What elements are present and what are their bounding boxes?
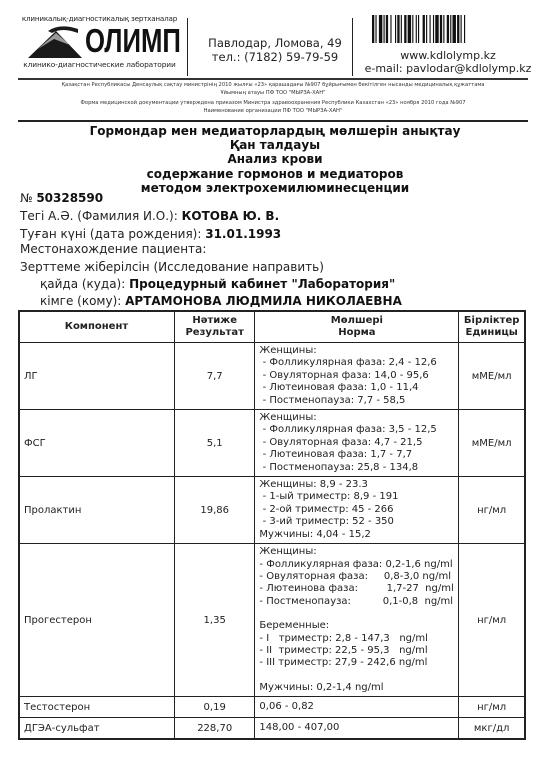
referral-heading: Зерттеме жіберілсін (Исследование направ… bbox=[20, 260, 324, 274]
cell-component: ДГЭА-сульфат bbox=[19, 718, 174, 740]
lab-address-block: Павлодар, Ломова, 49 тел.: (7182) 59-79-… bbox=[200, 36, 350, 64]
cell-units: мМЕ/мл bbox=[459, 343, 525, 410]
cell-units: нг/мл bbox=[459, 697, 525, 718]
fine-print-ru-1: Форма медицинской документации утвержден… bbox=[18, 99, 528, 107]
norm-line: - Постменопауза: 25,8 - 134,8 bbox=[259, 462, 454, 474]
header-result-kz: Нәтиже bbox=[176, 315, 253, 327]
cell-result: 0,19 bbox=[174, 697, 254, 718]
header-units-ru: Единицы bbox=[460, 327, 523, 339]
norm-line: - Постменопауза: 0,1-0,8 ng/ml bbox=[259, 596, 454, 608]
cell-component: ФСГ bbox=[19, 410, 174, 477]
header-units-kz: Бірліктер bbox=[460, 315, 523, 327]
table-row: ЛГ7,7Женщины: - Фолликулярная фаза: 2,4 … bbox=[19, 343, 525, 410]
referral-whom-value: АРТАМОНОВА ЛЮДМИЛА НИКОЛАЕВНА bbox=[125, 294, 402, 308]
norm-line: - Фолликулярная фаза: 2,4 - 12,6 bbox=[259, 357, 454, 369]
table-row: Пролактин19,86Женщины: 8,9 - 23.3 - 1-ый… bbox=[19, 477, 525, 544]
norm-line: - III триместр: 27,9 - 242,6 ng/ml bbox=[259, 657, 454, 669]
cell-norm: Женщины: - Фолликулярная фаза: 2,4 - 12,… bbox=[255, 343, 459, 410]
norm-line: 0,06 - 0,82 bbox=[259, 701, 454, 713]
norm-line: Женщины: bbox=[259, 345, 454, 357]
title-line: Анализ крови bbox=[40, 152, 510, 166]
lab-phone: тел.: (7182) 59-79-59 bbox=[200, 50, 350, 64]
norm-line: - Овуляторная фаза: 0,8-3,0 ng/ml bbox=[259, 571, 454, 583]
norm-line: - 2-ой триместр: 45 - 266 bbox=[259, 504, 454, 516]
order-number-label: № bbox=[20, 191, 32, 205]
document-title: Гормондар мен медиаторлардың мөлшерін ан… bbox=[40, 124, 510, 195]
norm-line: Мужчины: 0,2-1,4 ng/ml bbox=[259, 682, 454, 694]
norm-line: Беременные: bbox=[259, 620, 454, 632]
cell-component: Прогестерон bbox=[19, 544, 174, 697]
norm-line: - Фолликулярная фаза: 3,5 - 12,5 bbox=[259, 424, 454, 436]
cell-norm: Женщины:- Фолликулярная фаза: 0,2-1,6 ng… bbox=[255, 544, 459, 697]
header-result: Нәтиже Результат bbox=[174, 311, 254, 343]
header-divider bbox=[352, 18, 353, 76]
cell-norm: 0,06 - 0,82 bbox=[255, 697, 459, 718]
fine-print-rule bbox=[18, 120, 528, 122]
norm-line bbox=[259, 670, 454, 682]
cell-result: 1,35 bbox=[174, 544, 254, 697]
norm-line: - 3-ий триместр: 52 - 350 bbox=[259, 516, 454, 528]
referral-whom-label: кімге (кому): bbox=[40, 294, 121, 308]
order-number-value: 50328590 bbox=[36, 191, 103, 205]
table-row: Тестостерон0,190,06 - 0,82нг/мл bbox=[19, 697, 525, 718]
table-row: Прогестерон1,35Женщины:- Фолликулярная ф… bbox=[19, 544, 525, 697]
header-result-ru: Результат bbox=[176, 327, 253, 339]
patient-name-value: КОТОВА Ю. В. bbox=[182, 209, 280, 223]
cell-norm: Женщины: - Фолликулярная фаза: 3,5 - 12,… bbox=[255, 410, 459, 477]
norm-line bbox=[259, 608, 454, 620]
header-units: Бірліктер Единицы bbox=[459, 311, 525, 343]
cell-units: мМЕ/мл bbox=[459, 410, 525, 477]
order-number: № 50328590 bbox=[20, 191, 103, 205]
cell-units: нг/мл bbox=[459, 544, 525, 697]
header-norm-ru: Норма bbox=[259, 327, 454, 339]
norm-line: - Овуляторная фаза: 14,0 - 95,6 bbox=[259, 370, 454, 382]
cell-component: ЛГ bbox=[19, 343, 174, 410]
cell-units: мкг/дл bbox=[459, 718, 525, 740]
cell-result: 5,1 bbox=[174, 410, 254, 477]
cell-units: нг/мл bbox=[459, 477, 525, 544]
cell-component: Пролактин bbox=[19, 477, 174, 544]
norm-line: - Лютеинова фаза: 1,7-27 ng/ml bbox=[259, 583, 454, 595]
norm-line: - 1-ый триместр: 8,9 - 191 bbox=[259, 491, 454, 503]
barcode-icon bbox=[372, 15, 507, 43]
norm-line: Мужчины: 4,04 - 15,2 bbox=[259, 529, 454, 541]
title-line: Гормондар мен медиаторлардың мөлшерін ан… bbox=[40, 124, 510, 138]
header-divider bbox=[187, 18, 188, 76]
norm-line: Женщины: 8,9 - 23.3 bbox=[259, 479, 454, 491]
norm-line: - Постменопауза: 7,7 - 58,5 bbox=[259, 395, 454, 407]
logo-bottom-text: клинико-диагностические лаборатории bbox=[18, 60, 181, 69]
table-row: ДГЭА-сульфат228,70148,00 - 407,00мкг/дл bbox=[19, 718, 525, 740]
referral-where: қайда (куда): Процедурный кабинет "Лабор… bbox=[40, 277, 395, 291]
header-norm: Мөлшері Норма bbox=[255, 311, 459, 343]
cell-result: 7,7 bbox=[174, 343, 254, 410]
fine-print-ru-2: Наименование организации ПФ ТОО "МЫРЗА-Х… bbox=[18, 107, 528, 115]
norm-line: - Овуляторная фаза: 4,7 - 21,5 bbox=[259, 437, 454, 449]
referral-where-value: Процедурный кабинет "Лаборатория" bbox=[129, 277, 395, 291]
cell-norm: 148,00 - 407,00 bbox=[255, 718, 459, 740]
referral-where-label: қайда (куда): bbox=[40, 277, 125, 291]
norm-line: Женщины: bbox=[259, 546, 454, 558]
lab-address: Павлодар, Ломова, 49 bbox=[200, 36, 350, 50]
norm-line: Женщины: bbox=[259, 412, 454, 424]
title-line: содержание гормонов и медиаторов bbox=[40, 167, 510, 181]
norm-line: 148,00 - 407,00 bbox=[259, 722, 454, 734]
patient-dob: Туған күні (дата рождения): 31.01.1993 bbox=[20, 227, 281, 241]
patient-dob-label: Туған күні (дата рождения): bbox=[20, 227, 201, 241]
lab-logo: клиникалық-диагностикалық зертханалар ОЛ… bbox=[18, 14, 181, 70]
logo-wordmark: ОЛИМП bbox=[85, 24, 181, 58]
norm-line: - I триместр: 2,8 - 147,3 ng/ml bbox=[259, 633, 454, 645]
header-norm-kz: Мөлшері bbox=[259, 315, 454, 327]
norm-line: - Лютеиновая фаза: 1,0 - 11,4 bbox=[259, 382, 454, 394]
norm-line: - Лютеиновая фаза: 1,7 - 7,7 bbox=[259, 449, 454, 461]
cell-result: 19,86 bbox=[174, 477, 254, 544]
patient-name: Тегі А.Ә. (Фамилия И.О.): КОТОВА Ю. В. bbox=[20, 209, 279, 223]
title-line: методом электрохемилюминесценции bbox=[40, 181, 510, 195]
table-row: ФСГ5,1Женщины: - Фолликулярная фаза: 3,5… bbox=[19, 410, 525, 477]
patient-dob-value: 31.01.1993 bbox=[205, 227, 281, 241]
norm-line: - Фолликулярная фаза: 0,2-1,6 ng/ml bbox=[259, 559, 454, 571]
lab-email[interactable]: e-mail: pavlodar@kdlolymp.kz bbox=[354, 62, 542, 75]
norm-line: - II триместр: 22,5 - 95,3 ng/ml bbox=[259, 645, 454, 657]
patient-location: Местонахождение пациента: bbox=[20, 242, 206, 256]
mountain-logo-icon bbox=[26, 25, 84, 59]
referral-whom: кімге (кому): АРТАМОНОВА ЛЮДМИЛА НИКОЛАЕ… bbox=[40, 294, 402, 308]
title-line: Қан талдауы bbox=[40, 138, 510, 152]
patient-location-label: Местонахождение пациента: bbox=[20, 242, 206, 256]
cell-component: Тестостерон bbox=[19, 697, 174, 718]
lab-website[interactable]: www.kdlolymp.kz bbox=[354, 49, 542, 62]
fine-print-kz-2: Ұйымның атауы ПФ ТОО "МЫРЗА-ХАН" bbox=[18, 89, 528, 97]
header-rule bbox=[18, 78, 528, 80]
lab-contacts: www.kdlolymp.kz e-mail: pavlodar@kdlolym… bbox=[354, 49, 542, 75]
header-component: Компонент bbox=[19, 311, 174, 343]
cell-norm: Женщины: 8,9 - 23.3 - 1-ый триместр: 8,9… bbox=[255, 477, 459, 544]
results-table: Компонент Нәтиже Результат Мөлшері Норма… bbox=[18, 310, 526, 740]
table-header-row: Компонент Нәтиже Результат Мөлшері Норма… bbox=[19, 311, 525, 343]
patient-name-label: Тегі А.Ә. (Фамилия И.О.): bbox=[20, 209, 178, 223]
cell-result: 228,70 bbox=[174, 718, 254, 740]
fine-print-kz-1: Қазақстан Республикасы Денсаулық сақтау … bbox=[18, 81, 528, 89]
